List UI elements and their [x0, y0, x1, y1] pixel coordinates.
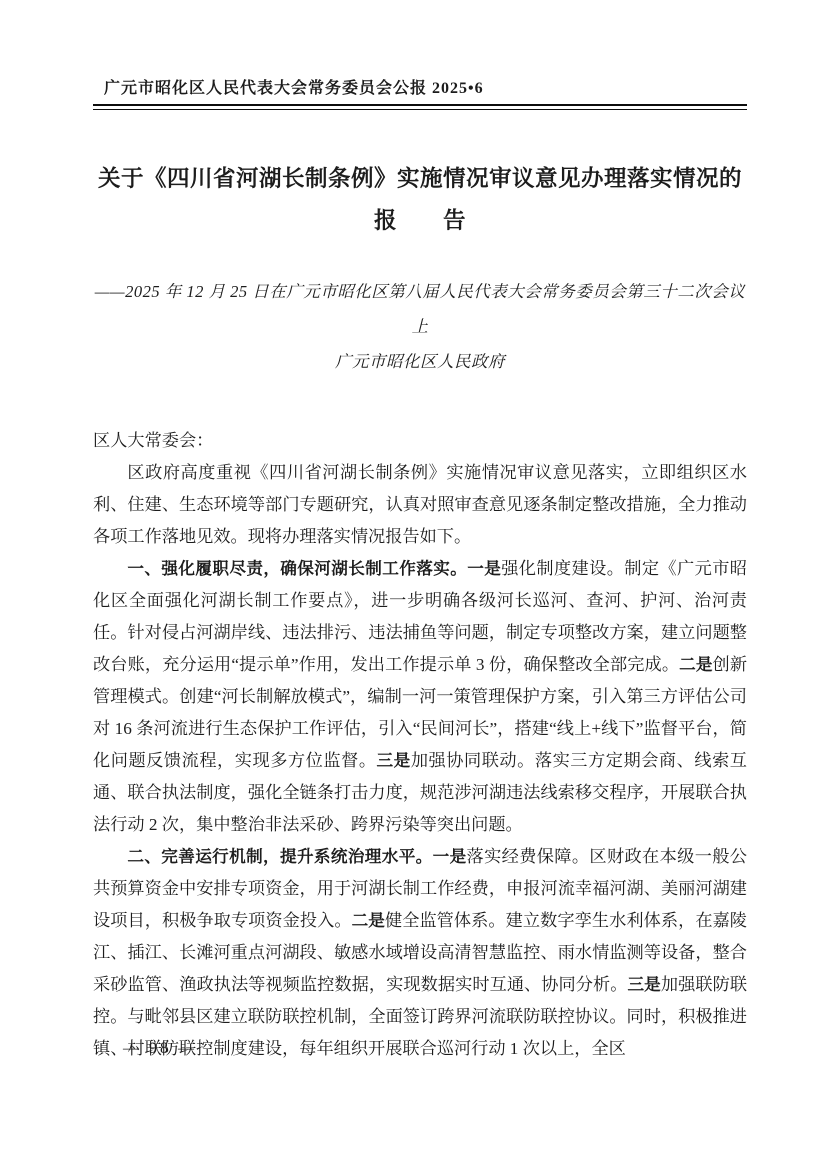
body-text: 区人大常委会：: [93, 431, 213, 450]
issuer-line: 广元市昭化区人民政府: [93, 344, 747, 379]
document-title-line-1: 关于《四川省河湖长制条例》实施情况审议意见办理落实情况的: [93, 158, 747, 200]
emphasis-text: 一是: [433, 847, 467, 866]
page-number: — 98 —: [123, 1040, 197, 1058]
body-paragraphs: 区人大常委会：区政府高度重视《四川省河湖长制条例》实施情况审议意见落实，立即组织…: [93, 425, 747, 1065]
bulletin-title: 广元市昭化区人民代表大会常务委员会公报 2025•6: [93, 78, 747, 100]
document-title: 关于《四川省河湖长制条例》实施情况审议意见办理落实情况的 报 告: [93, 158, 747, 242]
page-content: 广元市昭化区人民代表大会常务委员会公报 2025•6 关于《四川省河湖长制条例》…: [93, 0, 747, 1065]
emphasis-text: 二是: [352, 911, 385, 930]
emphasis-text: 三是: [628, 975, 661, 994]
emphasis-text: 二是: [679, 655, 712, 674]
meeting-line: ——2025 年 12 月 25 日在广元市昭化区第八届人民代表大会常务委员会第…: [93, 274, 747, 344]
paragraph: 二、完善运行机制，提升系统治理水平。一是落实经费保障。区财政在本级一般公共预算资…: [93, 841, 747, 1065]
emphasis-text: 二、完善运行机制，提升系统治理水平。: [127, 847, 432, 866]
emphasis-text: 一、强化履职尽责，确保河湖长制工作落实。: [127, 559, 467, 578]
emphasis-text: 三是: [377, 751, 411, 770]
paragraph: 一、强化履职尽责，确保河湖长制工作落实。一是强化制度建设。制定《广元市昭化区全面…: [93, 553, 747, 841]
document-subtitle: ——2025 年 12 月 25 日在广元市昭化区第八届人民代表大会常务委员会第…: [93, 274, 747, 379]
emphasis-text: 一是: [467, 559, 501, 578]
document-page: 广元市昭化区人民代表大会常务委员会公报 2025•6 关于《四川省河湖长制条例》…: [0, 0, 827, 1170]
masthead: 广元市昭化区人民代表大会常务委员会公报 2025•6: [93, 78, 747, 110]
document-title-line-2: 报 告: [93, 200, 747, 242]
paragraph: 区人大常委会：: [93, 425, 747, 457]
body-text: 区政府高度重视《四川省河湖长制条例》实施情况审议意见落实，立即组织区水利、住建、…: [93, 463, 747, 546]
masthead-double-rule: [93, 104, 747, 110]
paragraph: 区政府高度重视《四川省河湖长制条例》实施情况审议意见落实，立即组织区水利、住建、…: [93, 457, 747, 553]
